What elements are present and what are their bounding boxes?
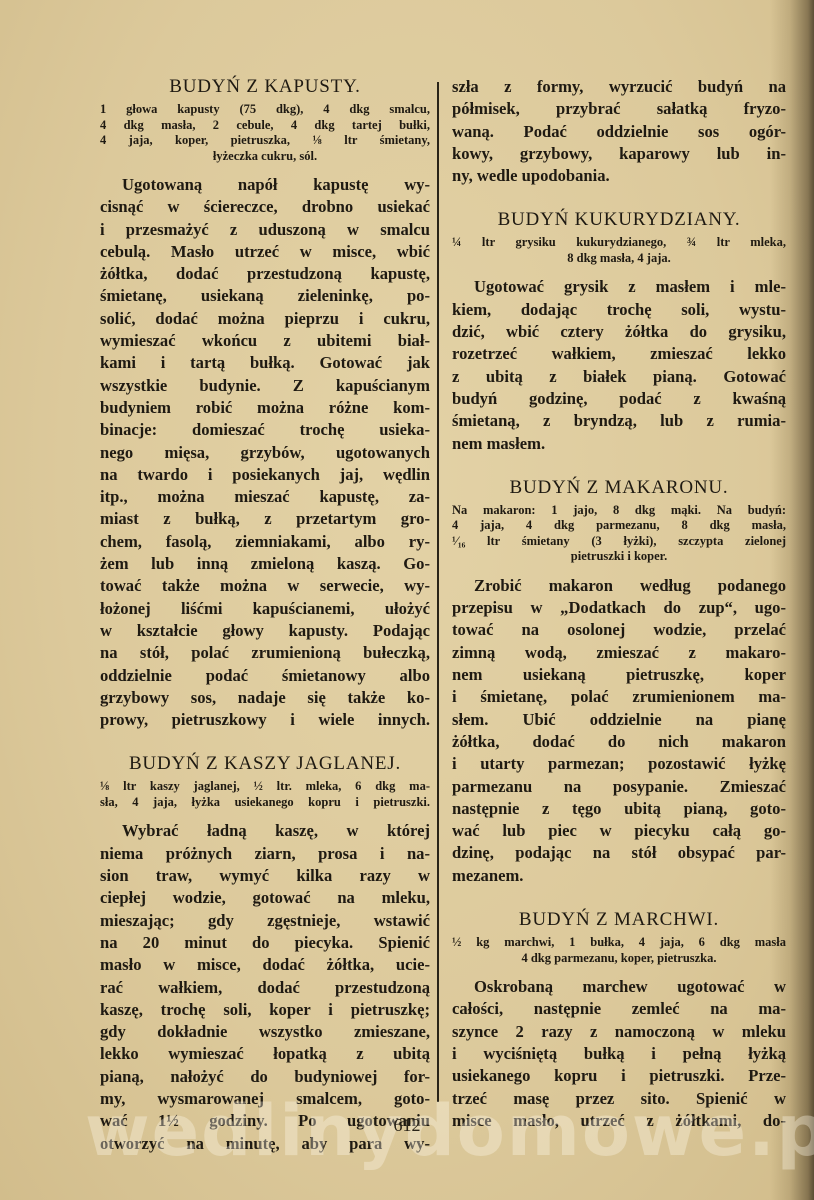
text-line: następnie z tęgo ubitą pianą, goto- xyxy=(452,798,786,820)
text-line: wać lub piec w piecyku całą go- xyxy=(452,820,786,842)
text-line: Ugotować grysik z masłem i mle- xyxy=(452,276,786,298)
text-line: zimną wodą, zmieszać z makaro- xyxy=(452,642,786,664)
text-line: i utarty parmezan; pozostawić łyżkę xyxy=(452,753,786,775)
text-line: łożonej liśćmi kapuścianemi, ułożyć xyxy=(100,598,430,620)
text-line: szynce 2 razy z namoczoną w mleku xyxy=(452,1021,786,1043)
text-line: wszystkie budynie. Z kapuścianym xyxy=(100,375,430,397)
ingredients-list: ¼ ltr grysiku kukurydzianego, ¾ ltr mlek… xyxy=(452,235,786,266)
text-line: lekko wymieszać łopatką z ubitą xyxy=(100,1043,430,1065)
ingredients-line: 4 dkg masła, 2 cebule, 4 dkg tartej bułk… xyxy=(100,118,430,134)
recipe-instructions: Ugotować grysik z masłem i mle- kiem, do… xyxy=(452,276,786,454)
ingredients-line: 4 jaja, koper, pietruszka, ⅛ ltr śmietan… xyxy=(100,133,430,149)
text-line: prowy, pietruszkowy i wiele innych. xyxy=(100,709,430,731)
recipe-heading: BUDYŃ KUKURYDZIANY. xyxy=(452,209,786,231)
text-line: całości, następnie zemleć na ma- xyxy=(452,998,786,1020)
recipe-instructions-continued: szła z formy, wyrzucić budyń na półmisek… xyxy=(452,76,786,187)
text-line: tować na osolonej wodzie, przelać xyxy=(452,619,786,641)
ingredients-list: ⅛ ltr kaszy jaglanej, ½ ltr. mleka, 6 dk… xyxy=(100,779,430,810)
text-line: solić, dodać można pieprzu i cukru, xyxy=(100,308,430,330)
text-line: Ugotowaną napół kapustę wy- xyxy=(100,174,430,196)
column-divider xyxy=(437,82,439,1102)
text-line: wymieszać wkońcu z ubitemi biał- xyxy=(100,330,430,352)
recipe-heading: BUDYŃ Z KASZY JAGLANEJ. xyxy=(100,753,430,775)
text-line: żem lub inną zmieloną kaszą. Go- xyxy=(100,553,430,575)
text-line: cisnąć w ściereczce, drobno usiekać xyxy=(100,196,430,218)
text-line: ny, wedle upodobania. xyxy=(452,165,786,187)
text-line: waną. Podać oddzielnie sos ogór- xyxy=(452,121,786,143)
text-line: cebulą. Masło utrzeć w misce, wbić xyxy=(100,241,430,263)
recipe-instructions: Ugotowaną napół kapustę wy- cisnąć w ści… xyxy=(100,174,430,731)
text-line: kami i tartą bułką. Gotować jak xyxy=(100,352,430,374)
text-line: mezanem. xyxy=(452,865,786,887)
text-line: dzinę, podając na stół obsypać par- xyxy=(452,842,786,864)
recipe-millet-pudding: BUDYŃ Z KASZY JAGLANEJ. ⅛ ltr kaszy jagl… xyxy=(100,753,430,1154)
recipe-macaroni-pudding: BUDYŃ Z MAKARONU. Na makaron: 1 jajo, 8 … xyxy=(452,477,786,887)
continuation-text: szła z formy, wyrzucić budyń na półmisek… xyxy=(452,76,786,187)
text-line: nem masłem. xyxy=(452,433,786,455)
text-line: przepisu w „Dodatkach do zup“, ugo- xyxy=(452,597,786,619)
ingredients-line: 8 dkg masła, 4 jaja. xyxy=(452,251,786,267)
text-line: grzybowy sos, nadaje się także ko- xyxy=(100,687,430,709)
text-line: i przesmażyć z uduszoną w smalcu xyxy=(100,219,430,241)
text-line: budyń godzinę, podać z kwaśną xyxy=(452,388,786,410)
text-line: na stół, polać zrumienioną bułeczką, xyxy=(100,642,430,664)
ingredients-line: Na makaron: 1 jajo, 8 dkg mąki. Na budyń… xyxy=(452,503,786,519)
recipe-heading: BUDYŃ Z MARCHWI. xyxy=(452,909,786,931)
recipe-carrot-pudding: BUDYŃ Z MARCHWI. ½ kg marchwi, 1 bułka, … xyxy=(452,909,786,1132)
recipe-heading: BUDYŃ Z MAKARONU. xyxy=(452,477,786,499)
text-line: żółtka, dodać do nich makaron xyxy=(452,731,786,753)
ingredients-line: pietruszki i koper. xyxy=(452,549,786,565)
text-line: tować także można w serwecie, wy- xyxy=(100,575,430,597)
text-line: i wyciśniętą bułką i pełną łyżką xyxy=(452,1043,786,1065)
text-line: śmietanę, usiekaną zieleninkę, po- xyxy=(100,285,430,307)
right-column: szła z formy, wyrzucić budyń na półmisek… xyxy=(452,76,786,1154)
recipe-corn-pudding: BUDYŃ KUKURYDZIANY. ¼ ltr grysiku kukury… xyxy=(452,209,786,454)
ingredients-list: Na makaron: 1 jajo, 8 dkg mąki. Na budyń… xyxy=(452,503,786,565)
text-line: oddzielnie podać śmietanowy albo xyxy=(100,665,430,687)
text-line: budyniem robić można różne kom- xyxy=(100,397,430,419)
ingredients-line: 4 dkg parmezanu, koper, pietruszka. xyxy=(452,951,786,967)
text-line: żółtka, dodać przestudzoną kapustę, xyxy=(100,263,430,285)
text-line: pianą, nałożyć do budyniowej for- xyxy=(100,1066,430,1088)
text-line: sion traw, wymyć kilka razy w xyxy=(100,865,430,887)
text-line: masło w misce, dodać żółtka, ucie- xyxy=(100,954,430,976)
text-line: kaszę, trochę soli, koper i pietruszkę; xyxy=(100,999,430,1021)
text-line: kowy, grzybowy, kaparowy lub in- xyxy=(452,143,786,165)
ingredients-line: 4 jaja, 4 dkg parmezanu, 8 dkg masła, xyxy=(452,518,786,534)
ingredients-line: ⅛ ltr kaszy jaglanej, ½ ltr. mleka, 6 dk… xyxy=(100,779,430,795)
text-line: miast z bułką, z przetartym gro- xyxy=(100,508,430,530)
text-line: ciepłej wodzie, gotować na mleku, xyxy=(100,887,430,909)
text-line: my, wysmarowanej smalcem, goto- xyxy=(100,1088,430,1110)
text-line: z ubitą z białek pianą. Gotować xyxy=(452,366,786,388)
ingredients-line: 1 głowa kapusty (75 dkg), 4 dkg smalcu, xyxy=(100,102,430,118)
text-line: i śmietanę, polać zrumienionem ma- xyxy=(452,686,786,708)
text-line: dzić, wbić cztery żółtka do grysiku, xyxy=(452,321,786,343)
text-line: mieszając; gdy zgęstnieje, wstawić xyxy=(100,910,430,932)
recipe-cabbage-pudding: BUDYŃ Z KAPUSTY. 1 głowa kapusty (75 dkg… xyxy=(100,76,430,731)
text-line: śmietaną, z bryndzą, lub z rumia- xyxy=(452,410,786,432)
recipe-heading: BUDYŃ Z KAPUSTY. xyxy=(100,76,430,98)
text-line: półmisek, przybrać sałatką fryzo- xyxy=(452,98,786,120)
text-line: usiekanego kopru i pietruszki. Prze- xyxy=(452,1065,786,1087)
text-line: na 20 minut do piecyka. Spienić xyxy=(100,932,430,954)
page-number: 612 xyxy=(0,1115,814,1136)
text-line: Oskrobaną marchew ugotować w xyxy=(452,976,786,998)
text-line: kiem, dodając trochę soli, wystu- xyxy=(452,299,786,321)
text-line: Zrobić makaron według podanego xyxy=(452,575,786,597)
text-line: itp., można mieszać kapustę, za- xyxy=(100,486,430,508)
recipe-instructions: Oskrobaną marchew ugotować w całości, na… xyxy=(452,976,786,1132)
text-line: szła z formy, wyrzucić budyń na xyxy=(452,76,786,98)
recipe-instructions: Wybrać ładną kaszę, w której niema próżn… xyxy=(100,820,430,1154)
text-line: nem usiekaną pietruszkę, koper xyxy=(452,664,786,686)
text-line: słem. Ubić oddzielnie na pianę xyxy=(452,709,786,731)
text-line: parmezanu na posypanie. Zmieszać xyxy=(452,776,786,798)
text-line: binacje: domieszać trochę usieka- xyxy=(100,419,430,441)
ingredients-line: sła, 4 jaja, łyżka usiekanego kopru i pi… xyxy=(100,795,430,811)
text-line: gdy dokładnie wszystko zmieszane, xyxy=(100,1021,430,1043)
ingredients-line: łyżeczka cukru, sól. xyxy=(100,149,430,165)
text-line: Wybrać ładną kaszę, w której xyxy=(100,820,430,842)
text-line: rozetrzeć wałkiem, zmieszać lekko xyxy=(452,343,786,365)
recipe-instructions: Zrobić makaron według podanego przepisu … xyxy=(452,575,786,887)
ingredients-line: ¹⁄₁₆ ltr śmietany (3 łyżki), szczypta zi… xyxy=(452,534,786,550)
ingredients-list: 1 głowa kapusty (75 dkg), 4 dkg smalcu, … xyxy=(100,102,430,164)
text-line: w kształcie głowy kapusty. Podając xyxy=(100,620,430,642)
text-line: rać wałkiem, dodać przestudzoną xyxy=(100,977,430,999)
ingredients-line: ½ kg marchwi, 1 bułka, 4 jaja, 6 dkg mas… xyxy=(452,935,786,951)
text-line: na twardo i posiekanych jaj, wędlin xyxy=(100,464,430,486)
text-line: niema próżnych ziarn, prosa i na- xyxy=(100,843,430,865)
text-line: trzeć masę przez sito. Spienić w xyxy=(452,1088,786,1110)
ingredients-list: ½ kg marchwi, 1 bułka, 4 jaja, 6 dkg mas… xyxy=(452,935,786,966)
left-column: BUDYŃ Z KAPUSTY. 1 głowa kapusty (75 dkg… xyxy=(100,76,430,1177)
text-line: nego mięsa, grzybów, ugotowanych xyxy=(100,442,430,464)
book-page: BUDYŃ Z KAPUSTY. 1 głowa kapusty (75 dkg… xyxy=(0,0,814,1200)
ingredients-line: ¼ ltr grysiku kukurydzianego, ¾ ltr mlek… xyxy=(452,235,786,251)
text-line: chem, fasolą, ziemniakami, albo ry- xyxy=(100,531,430,553)
